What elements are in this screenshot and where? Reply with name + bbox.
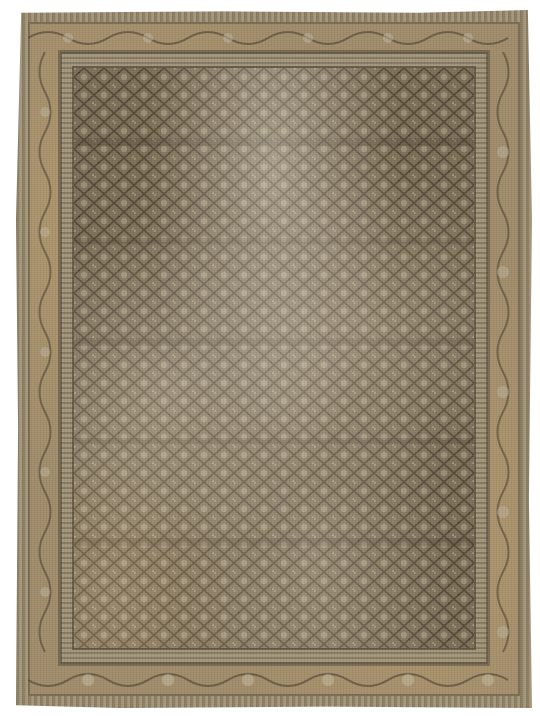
rug — [16, 10, 532, 708]
rug-texture-grain — [16, 10, 532, 708]
